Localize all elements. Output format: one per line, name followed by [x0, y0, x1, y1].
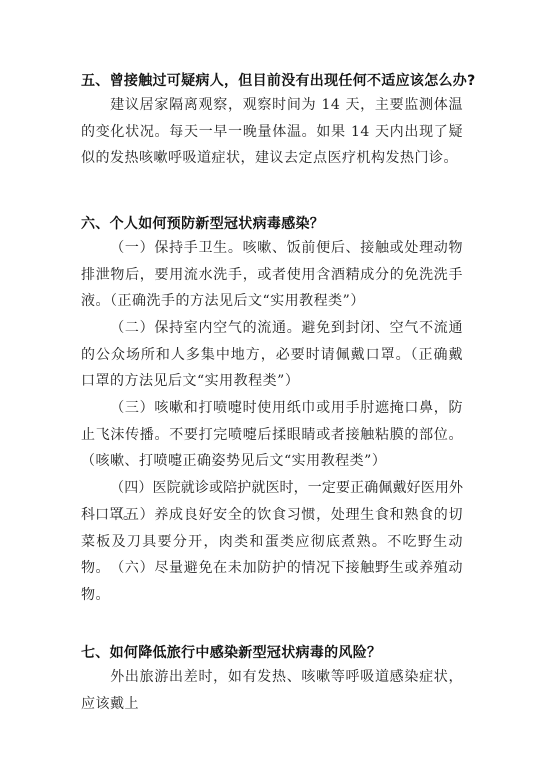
section-heading-5: 五、曾接触过可疑病人，但目前没有出现任何不适应该怎么办? [81, 70, 476, 90]
paragraph: （六）尽量避免在未加防护的情况下接触野生或养殖动物。 [81, 555, 463, 608]
paragraph: 建议居家隔离观察，观察时间为 14 天，主要监测体温的变化状况。每天一早一晚量体… [81, 92, 463, 174]
paragraph: 外出旅游出差时，如有发热、咳嗽等呼吸道感染症状，应该戴上 [81, 664, 463, 717]
paragraph: （一）保持手卫生。咳嗽、饭前便后、接触或处理动物排泄物后，要用流水洗手，或者使用… [81, 235, 463, 315]
section-heading-7: 七、如何降低旅行中感染新型冠状病毒的风险？ [81, 642, 381, 662]
section-heading-6: 六、个人如何预防新型冠状病毒感染？ [81, 213, 324, 233]
paragraph: （三）咳嗽和打喷嚏时使用纸巾或用手肘遮掩口鼻，防止飞沫传播。不要打完喷嚏后揉眼睛… [81, 395, 463, 475]
paragraph: （二）保持室内空气的流通。避免到封闭、空气不流通的公众场所和人多集中地方，必要时… [81, 315, 463, 395]
